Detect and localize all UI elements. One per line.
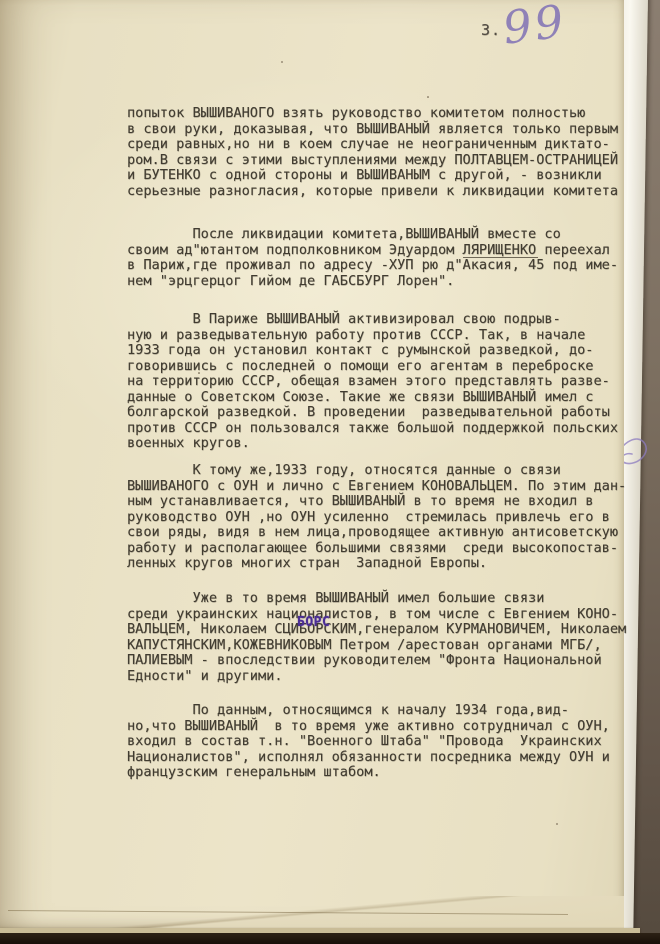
typed-page-number: 3.: [481, 21, 501, 39]
paper-speck: [556, 823, 558, 825]
backing-shadow-strip: [0, 933, 660, 944]
paper-speck: [427, 96, 429, 98]
handwritten-folio-number: 99: [500, 0, 569, 55]
purple-ink-stamp: БОРС: [297, 615, 330, 630]
typed-underline: [463, 257, 538, 258]
paragraph-2: После ликвидации комитета,ВЫШИВАНЫЙ вмес…: [127, 227, 618, 289]
paragraph-5: Уже в то время ВЫШИВАНЫЙ имел большие св…: [127, 591, 626, 684]
paragraph-1: попыток ВЫШИВАНОГО взять руководство ком…: [127, 106, 618, 199]
paper-speck: [281, 61, 283, 63]
paper-speck: [198, 372, 200, 374]
scan-scene: 3. 99 попыток ВЫШИВАНОГО взять руководст…: [0, 0, 660, 944]
paragraph-4: К тому же,1933 году, относятся данные о …: [127, 463, 626, 572]
paragraph-6: По данным, относящимся к началу 1934 год…: [127, 703, 610, 781]
document-page: 3. 99 попыток ВЫШИВАНОГО взять руководст…: [0, 0, 624, 930]
paragraph-3: В Париже ВЫШИВАНЫЙ активизировал свою по…: [127, 312, 618, 452]
